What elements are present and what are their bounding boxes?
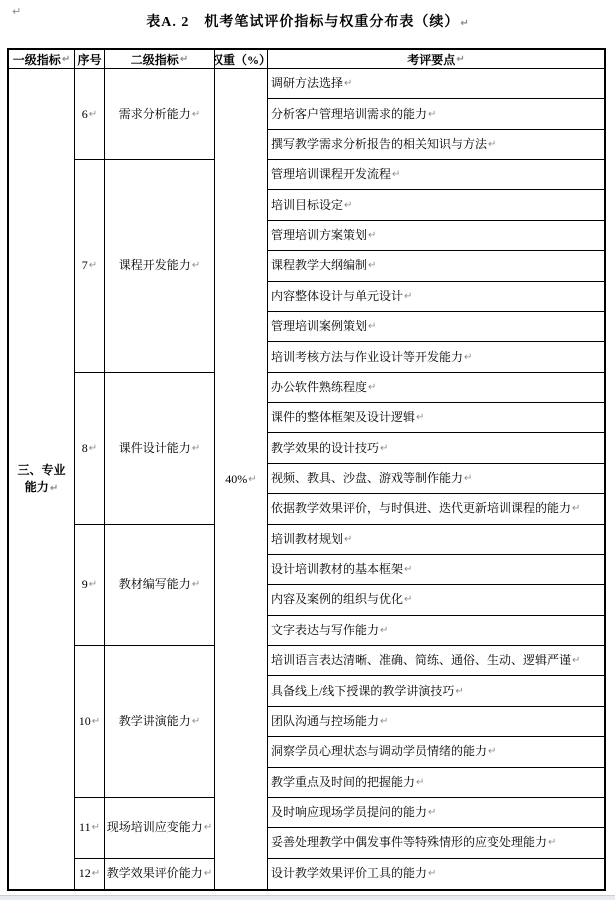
paragraph-mark-icon: ↵ xyxy=(488,744,496,759)
serial-cell: 11↵ xyxy=(75,798,105,859)
paragraph-mark-icon: ↵ xyxy=(92,866,100,881)
point-cell: 妥善处理教学中偶发事件等特殊情形的应变处理能力↵ xyxy=(268,828,604,858)
point-cell: 依据教学效果评价，与时俱进、迭代更新培训课程的能力↵ xyxy=(268,494,604,524)
paragraph-mark-icon: ↵ xyxy=(192,107,200,122)
paragraph-mark-icon: ↵ xyxy=(368,258,376,273)
first-level-indicator-text: 三、专业能力↵ xyxy=(12,462,71,497)
point-cell: 设计培训教材的基本框架↵ xyxy=(268,555,604,585)
point-cell: 调研方法选择↵ xyxy=(268,69,604,99)
point-cell: 办公软件熟练程度↵ xyxy=(268,373,604,403)
point-cell: 教学效果的设计技巧↵ xyxy=(268,433,604,463)
header-first-level: 一级指标↵ xyxy=(9,50,75,68)
paragraph-mark-icon: ↵ xyxy=(404,289,412,304)
serial-cell: 6↵ xyxy=(75,69,105,160)
paragraph-mark-icon: ↵ xyxy=(368,319,376,334)
paragraph-mark-icon: ↵ xyxy=(92,714,100,729)
evaluation-table: 一级指标↵ 序号 二级指标↵ 权重（%） 考评要点↵ 三、专业能力↵ 40 xyxy=(7,48,606,891)
second-level-indicator-cell: 需求分析能力↵ xyxy=(105,69,215,160)
header-weight: 权重（%） xyxy=(215,50,268,68)
serial-cell: 12↵ xyxy=(75,859,105,889)
paragraph-mark-icon: ↵ xyxy=(192,577,200,592)
paragraph-mark-icon: ↵ xyxy=(89,107,97,122)
paragraph-mark-icon: ↵ xyxy=(204,866,212,881)
point-cell: 内容及案例的组织与优化↵ xyxy=(268,585,604,615)
paragraph-mark-icon: ↵ xyxy=(416,410,424,425)
paragraph-mark-icon: ↵ xyxy=(344,76,352,91)
header-second-level: 二级指标↵ xyxy=(105,50,215,68)
paragraph-mark-icon: ↵ xyxy=(380,714,388,729)
paragraph-mark-icon: ↵ xyxy=(392,167,400,182)
second-level-indicator-cell: 教学讲演能力↵ xyxy=(105,646,215,798)
paragraph-mark-icon: ↵ xyxy=(344,532,352,547)
paragraph-mark-icon: ↵ xyxy=(428,805,436,820)
paragraph-mark-icon: ↵ xyxy=(89,258,97,273)
paragraph-mark-icon: ↵ xyxy=(12,5,21,18)
second-level-indicator-cell: 教学效果评价能力↵ xyxy=(105,859,215,889)
paragraph-mark-icon: ↵ xyxy=(572,501,580,516)
second-level-indicator-cell: 课程开发能力↵ xyxy=(105,160,215,373)
paragraph-mark-icon: ↵ xyxy=(428,866,436,881)
point-cell: 撰写教学需求分析报告的相关知识与方法↵ xyxy=(268,130,604,160)
page-bottom-edge xyxy=(0,895,615,900)
paragraph-mark-icon: ↵ xyxy=(204,820,212,835)
weight-cell: 40%↵ xyxy=(215,69,268,889)
serial-cell: 8↵ xyxy=(75,373,105,525)
paragraph-mark-icon: ↵ xyxy=(248,472,256,487)
paragraph-mark-icon: ↵ xyxy=(455,684,463,699)
paragraph-mark-icon: ↵ xyxy=(380,623,388,638)
paragraph-mark-icon: ↵ xyxy=(488,137,496,152)
paragraph-mark-icon: ↵ xyxy=(456,54,464,65)
point-cell: 课件的整体框架及设计逻辑↵ xyxy=(268,403,604,433)
page: ↵ 表A. 2 机考笔试评价指标与权重分布表（续）↵ 一级指标↵ 序号 二级指标… xyxy=(0,0,615,900)
paragraph-mark-icon: ↵ xyxy=(548,835,556,850)
paragraph-mark-icon: ↵ xyxy=(464,350,472,365)
header-points: 考评要点↵ xyxy=(268,50,604,68)
paragraph-mark-icon: ↵ xyxy=(344,198,352,213)
paragraph-mark-icon: ↵ xyxy=(368,380,376,395)
point-cell: 管理培训课程开发流程↵ xyxy=(268,160,604,190)
point-cell: 管理培训方案策划↵ xyxy=(268,221,604,251)
table-body: 三、专业能力↵ 40%↵ 6↵需求分析能力↵调研方法选择↵分析客户管理培训需求的… xyxy=(9,69,604,889)
point-cell: 设计教学效果评价工具的能力↵ xyxy=(268,859,604,889)
point-cell: 教学重点及时间的把握能力↵ xyxy=(268,768,604,798)
point-cell: 培训教材规划↵ xyxy=(268,525,604,555)
header-second-level-label: 二级指标 xyxy=(131,51,179,68)
serial-cell: 7↵ xyxy=(75,160,105,373)
weight-value: 40% xyxy=(225,472,247,487)
point-cell: 培训考核方法与作业设计等开发能力↵ xyxy=(268,342,604,372)
point-cell: 培训目标设定↵ xyxy=(268,190,604,220)
paragraph-mark-icon: ↵ xyxy=(428,107,436,122)
paragraph-mark-icon: ↵ xyxy=(404,592,412,607)
paragraph-mark-icon: ↵ xyxy=(192,441,200,456)
header-weight-label: 权重（%） xyxy=(215,51,268,68)
point-cell: 具备线上/线下授课的教学讲演技巧↵ xyxy=(268,676,604,706)
second-level-indicator-cell: 课件设计能力↵ xyxy=(105,373,215,525)
page-title: 表A. 2 机考笔试评价指标与权重分布表（续）↵ xyxy=(0,0,615,33)
point-cell: 培训语言表达清晰、准确、简练、通俗、生动、逻辑严谨↵ xyxy=(268,646,604,676)
point-cell: 内容整体设计与单元设计↵ xyxy=(268,282,604,312)
point-cell: 文字表达与写作能力↵ xyxy=(268,616,604,646)
point-cell: 团队沟通与控场能力↵ xyxy=(268,707,604,737)
paragraph-mark-icon: ↵ xyxy=(50,483,58,494)
paragraph-mark-icon: ↵ xyxy=(89,577,97,592)
header-first-level-label: 一级指标 xyxy=(13,51,61,68)
point-cell: 管理培训案例策划↵ xyxy=(268,312,604,342)
paragraph-mark-icon: ↵ xyxy=(192,714,200,729)
header-points-label: 考评要点 xyxy=(407,51,455,68)
point-cell: 视频、教具、沙盘、游戏等制作能力↵ xyxy=(268,464,604,494)
paragraph-mark-icon: ↵ xyxy=(92,820,100,835)
point-cell: 课程教学大纲编制↵ xyxy=(268,251,604,281)
point-cell: 分析客户管理培训需求的能力↵ xyxy=(268,99,604,129)
paragraph-mark-icon: ↵ xyxy=(460,18,468,29)
second-level-indicator-cell: 现场培训应变能力↵ xyxy=(105,798,215,859)
paragraph-mark-icon: ↵ xyxy=(464,471,472,486)
paragraph-mark-icon: ↵ xyxy=(62,54,70,65)
second-level-indicator-cell: 教材编写能力↵ xyxy=(105,525,215,646)
paragraph-mark-icon: ↵ xyxy=(404,562,412,577)
serial-cell: 10↵ xyxy=(75,646,105,798)
point-cell: 及时响应现场学员提问的能力↵ xyxy=(268,798,604,828)
paragraph-mark-icon: ↵ xyxy=(572,653,580,668)
header-serial-label: 序号 xyxy=(77,51,101,68)
paragraph-mark-icon: ↵ xyxy=(380,441,388,456)
paragraph-mark-icon: ↵ xyxy=(180,54,188,65)
page-title-text: 表A. 2 机考笔试评价指标与权重分布表（续） xyxy=(146,15,459,30)
point-cell: 洞察学员心理状态与调动学员情绪的能力↵ xyxy=(268,737,604,767)
paragraph-mark-icon: ↵ xyxy=(89,441,97,456)
header-serial: 序号 xyxy=(75,50,105,68)
table-header-row: 一级指标↵ 序号 二级指标↵ 权重（%） 考评要点↵ xyxy=(9,50,604,69)
paragraph-mark-icon: ↵ xyxy=(368,228,376,243)
first-level-indicator-cell: 三、专业能力↵ xyxy=(9,69,75,889)
serial-cell: 9↵ xyxy=(75,525,105,646)
paragraph-mark-icon: ↵ xyxy=(416,775,424,790)
paragraph-mark-icon: ↵ xyxy=(192,258,200,273)
